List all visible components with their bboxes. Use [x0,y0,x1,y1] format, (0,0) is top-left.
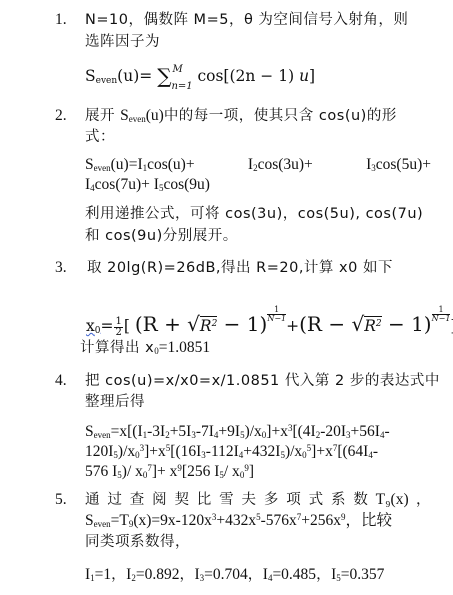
coefficient-3: I3=0.704 [194,566,247,583]
item-2-text-line-2: 式： [85,127,115,147]
formula-text: (u) [146,107,164,124]
summation-icon: ∑ [157,64,171,88]
summation-limits: Mn=1 [171,67,197,87]
result-label: 计算得出 x [80,340,154,356]
coefficient-2: I2=0.892 [126,566,179,583]
formula-symbol: x [86,317,95,335]
word: 通 [85,490,100,510]
formula-text: (R + √ [135,312,200,336]
coefficient-1: I1=1 [85,566,111,583]
word: 过 [107,490,122,510]
word: 数 [353,490,368,510]
word: 式 [309,490,324,510]
fraction-denominator: 2 [114,328,122,338]
separator: ， [248,567,263,583]
formula-subscript: even [96,76,118,86]
expansion-line-2: I4cos(7u)+ I5cos(9u) [85,175,210,195]
polynomial-expression-line-2: 120I5)/x03]+x5[(16I3-112I4+432I5)/x05]+x… [85,442,378,462]
fraction-half: 12 [114,317,122,338]
item-4-text-line-2: 整理后得 [85,392,145,412]
item-2-note-line-1: 利用递推公式，可将 cos(3u)，cos(5u), cos(7u) [85,204,423,224]
formula-text: cos(7u)+ I [95,176,159,193]
formula-text: [ [124,317,135,335]
formula-variable: u [299,67,309,85]
sqrt-content: R2 [200,316,217,335]
text-segment: 展开 [85,108,120,124]
expansion-line-1: Seven(u)=I1cos(u)+ I2cos(3u)+ I3cos(5u)+ [85,155,431,175]
word: 雪 [219,490,234,510]
sum-lower-limit: n=1 [171,77,192,97]
formula-text: (R − √ [299,312,364,336]
expansion-term-3: I3cos(5u)+ [366,155,431,175]
item-number-5: 5. [55,490,67,510]
coefficients-result: I1=1，I2=0.892，I3=0.704，I4=0.485，I5=0.357 [85,565,384,585]
separator: ， [111,567,126,583]
word: 项 [286,490,301,510]
formula-text: cos(5u)+ [376,156,431,173]
word: ， [416,490,431,510]
word: 阅 [152,490,167,510]
word: 多 [264,490,279,510]
fraction-numerator: 1 [114,317,122,328]
polynomial-expression-line-3: 576 I5)/ x07]+ x9[256 I5/ x09] [85,462,254,482]
item-number-4: 4. [55,371,67,391]
coefficient-5: I5=0.357 [331,566,384,583]
formula-text: (u)= [117,67,152,85]
formula-text: cos(u)+ [147,156,194,173]
item-5-text-line-1: 通过查阅契比雪夫多项式系数T₉(x)， [85,490,431,510]
word: T₉(x) [376,490,409,510]
item-2-note-line-2: 和 cos(9u)分别展开。 [85,226,238,246]
exponent-fraction: 1N−1 [267,306,286,323]
item-5-text-line-3: 同类项系数得， [85,532,190,552]
formula-text: cos(9u) [163,176,210,193]
exponent-denominator: N−1 [267,315,286,323]
item-3-text-line-1: 取 20lg(R)=26dB,得出 R=20,计算 x0 如下 [87,258,393,278]
formula-symbol: S [120,107,129,124]
item-2-text-line-1: 展开 Seven(u)中的每一项，使其只含 cos(u)的形 [85,106,397,126]
formula-body: cos[(2n − 1) [197,67,299,85]
exponent-denominator: N−1 [432,315,451,323]
expansion-term-2: I2cos(3u)+ [248,155,313,175]
word: 查 [130,490,145,510]
item-number-3: 3. [55,258,67,278]
result-value: =1.0851 [159,339,210,356]
item-number-2: 2. [55,106,67,126]
coefficient-4: I4=0.485 [263,566,316,583]
formula-text: = [100,317,113,335]
item-1-text-line-2: 选阵因子为 [85,32,160,52]
array-factor-formula: Seven(u)= ∑Mn=1cos[(2n − 1) u] [85,66,315,87]
separator: ， [179,567,194,583]
formula-text: cos(3u)+ [258,156,313,173]
item-1-text-line-1: N=10，偶数阵 M=5，θ 为空间信号入射角，则 [85,10,408,30]
formula-subscript: even [94,163,111,173]
x0-result: 计算得出 x0=1.0851 [80,338,210,358]
item-number-1: 1. [55,10,67,30]
formula-close: ] [309,67,315,85]
exponent-fraction: 1N−1 [432,306,451,323]
spellcheck-underlined-symbol: x0 [86,317,100,335]
chebyshev-polynomial-line: Seven=T9(x)=9x-120x3+432x5-576x7+256x9，比… [85,511,392,531]
formula-subscript: even [129,114,146,124]
text-segment: 中的每一项，使其只含 cos(u)的形 [164,108,397,124]
formula-symbol: R [200,317,212,335]
separator: ， [316,567,331,583]
item-4-text-line-1: 把 cos(u)=x/x0=x/1.0851 代入第 2 步的表达式中 [85,371,440,391]
sqrt-content: R2 [364,316,381,335]
expansion-term-1: Seven(u)=I1cos(u)+ [85,155,195,175]
word: 契 [174,490,189,510]
formula-symbol: S [85,156,94,173]
x0-formula: x0=12[ (R + √R2 − 1)1N−1+(R − √R2 − 1)1N… [86,306,453,338]
word: 夫 [242,490,257,510]
formula-text: (u)=I [111,156,143,173]
polynomial-expression-line-1: Seven=x[(I1-3I2+5I3-7I4+9I5)/x0]+x3[(4I2… [85,422,390,442]
formula-text: − 1) [382,312,432,336]
word: 比 [197,490,212,510]
formula-text: − 1) [217,312,267,336]
formula-symbol: R [364,317,376,335]
formula-text: + [286,317,299,335]
word: 系 [331,490,346,510]
formula-symbol: S [85,67,96,85]
